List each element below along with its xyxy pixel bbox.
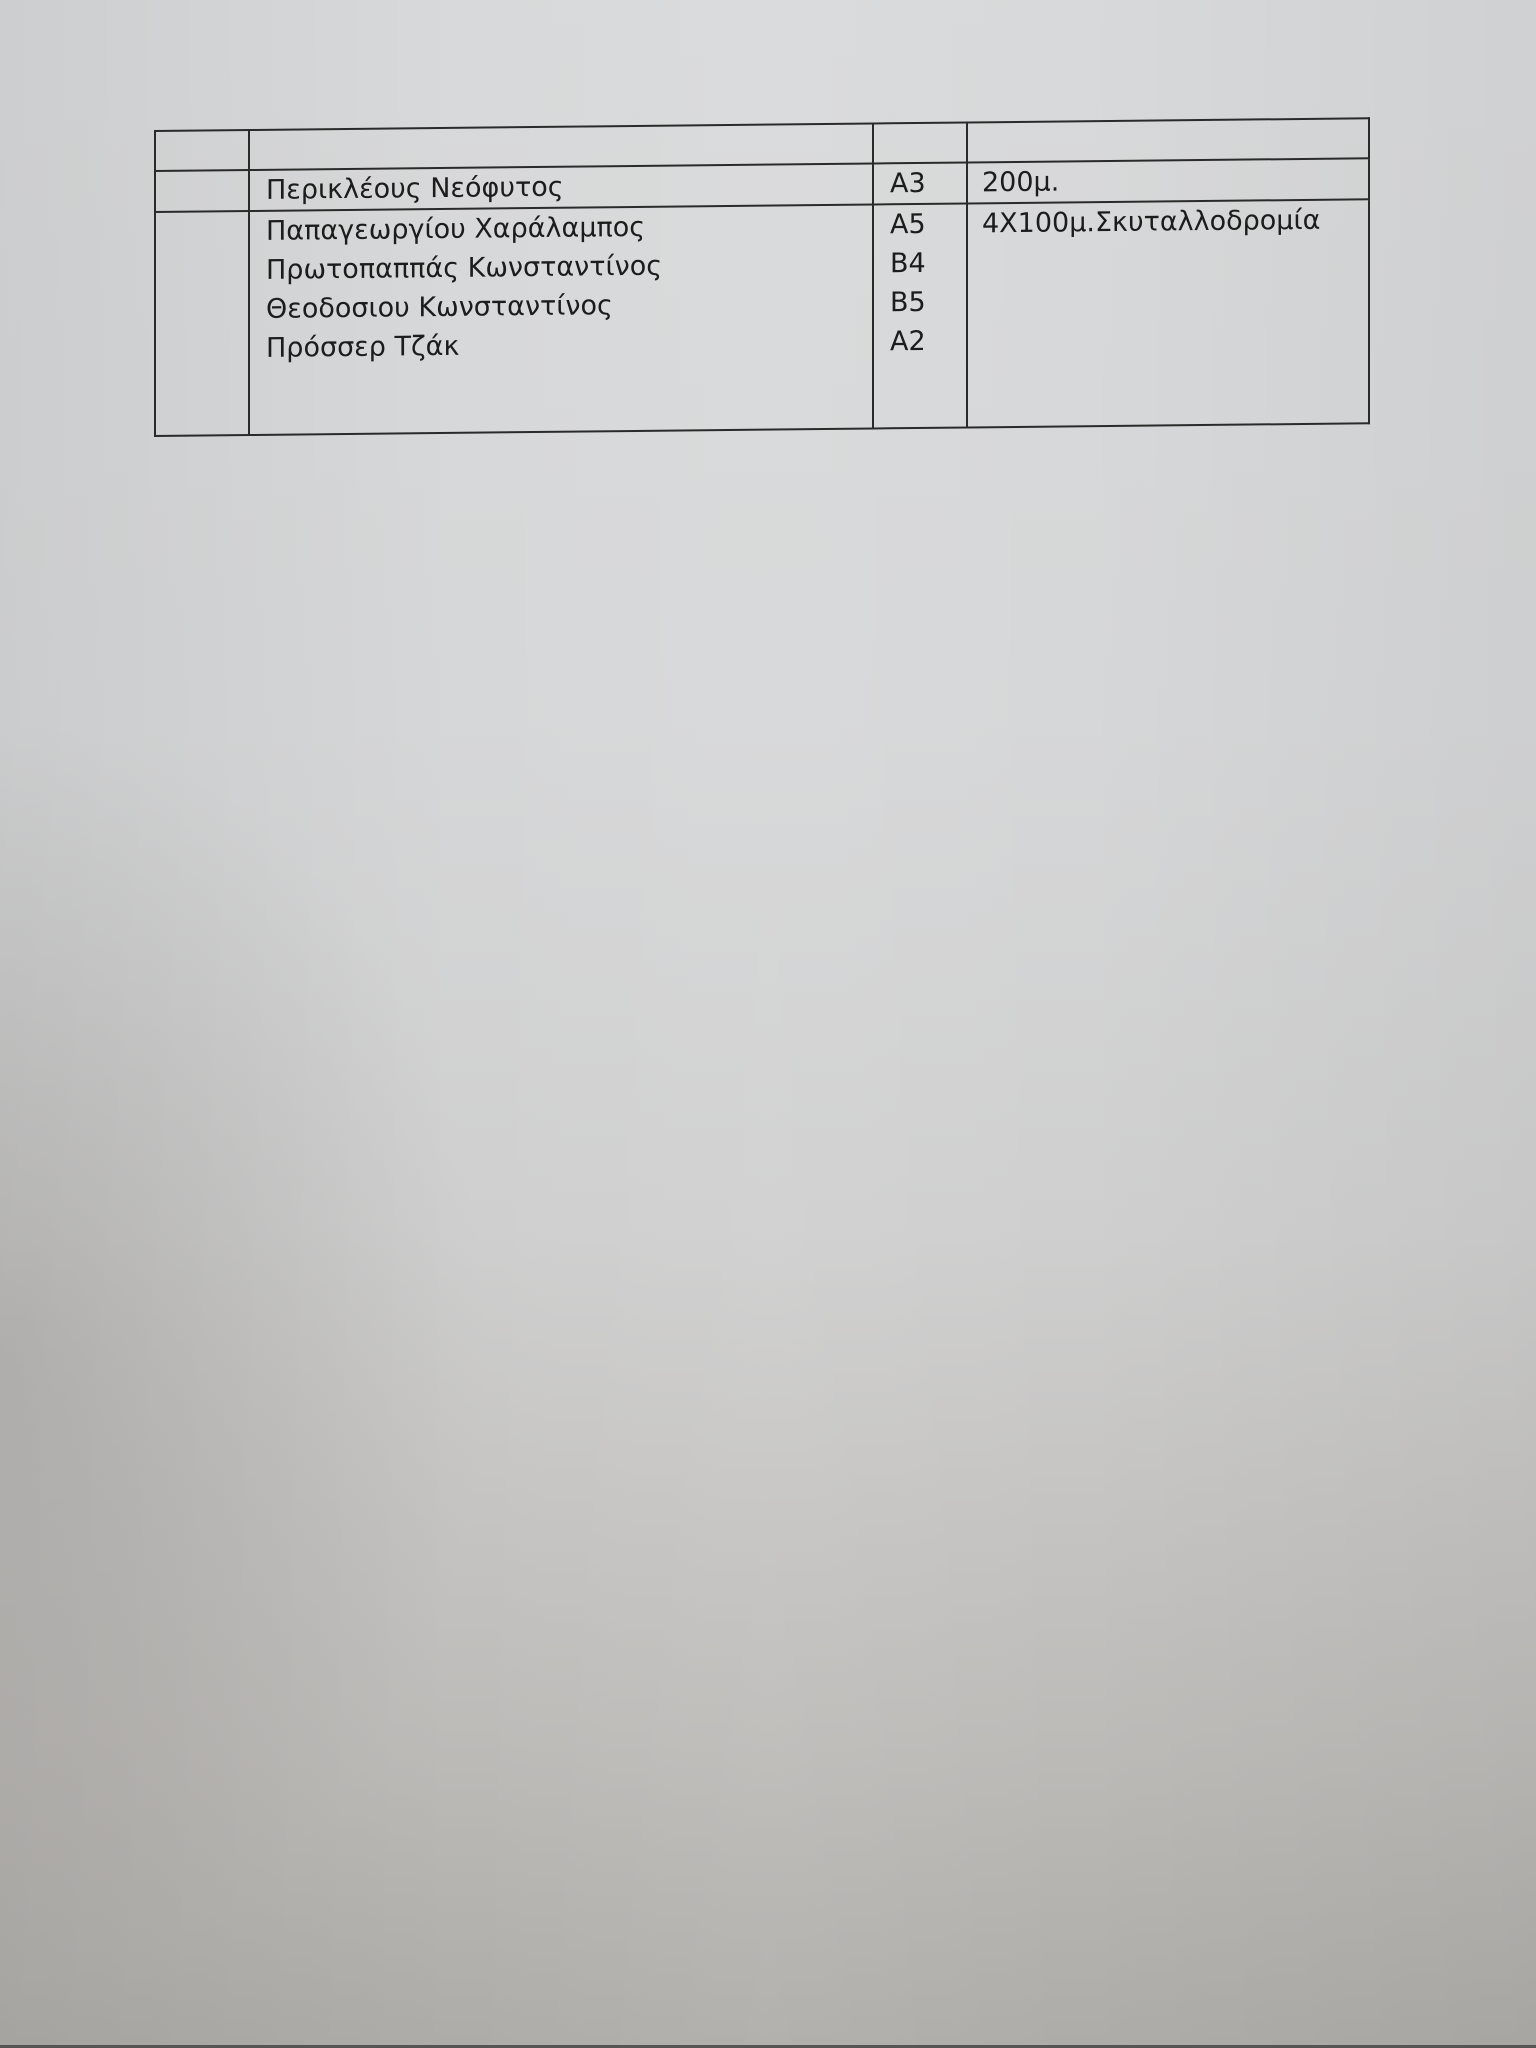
event-cell: 200μ. xyxy=(967,158,1369,203)
names-cell xyxy=(249,123,873,170)
athletes-events-table: Περικλέους Νεόφυτος Α3 200μ. Παπαγεωργίο… xyxy=(154,117,1370,437)
athlete-name: Πρωτοπαππάς Κωνσταντίνος xyxy=(266,244,872,289)
athlete-name: Πρόσσερ Τζάκ xyxy=(266,322,872,367)
athlete-name: Θεοδοσιου Κωνσταντίνος xyxy=(266,283,872,328)
table-row: Παπαγεωργίου Χαράλαμπος Πρωτοπαππάς Κωνσ… xyxy=(155,199,1369,436)
athlete-class: Β4 xyxy=(890,243,966,283)
athlete-name: Περικλέους Νεόφυτος xyxy=(266,164,872,209)
number-cell xyxy=(155,211,249,436)
names-cell: Περικλέους Νεόφυτος xyxy=(249,163,873,211)
athlete-class: Β5 xyxy=(890,282,966,322)
event-label: 200μ. xyxy=(968,159,1368,202)
class-cell xyxy=(873,122,967,163)
athlete-class: Α3 xyxy=(890,163,966,203)
event-label: 4Χ100μ.Σκυταλλοδρομία xyxy=(968,200,1368,243)
class-cell: Α3 xyxy=(873,162,967,204)
names-cell: Παπαγεωργίου Χαράλαμπος Πρωτοπαππάς Κωνσ… xyxy=(249,204,873,435)
event-cell xyxy=(967,118,1369,162)
number-cell xyxy=(155,170,249,212)
number-cell xyxy=(155,130,249,171)
athlete-class xyxy=(890,123,966,124)
event-cell: 4Χ100μ.Σκυταλλοδρομία xyxy=(967,199,1369,427)
athlete-name: Παπαγεωργίου Χαράλαμπος xyxy=(266,205,872,250)
class-cell: Α5 Β4 Β5 Α2 xyxy=(873,203,967,428)
athlete-class: Α5 xyxy=(890,204,966,244)
athlete-class: Α2 xyxy=(890,321,966,361)
athlete-name xyxy=(266,124,872,130)
